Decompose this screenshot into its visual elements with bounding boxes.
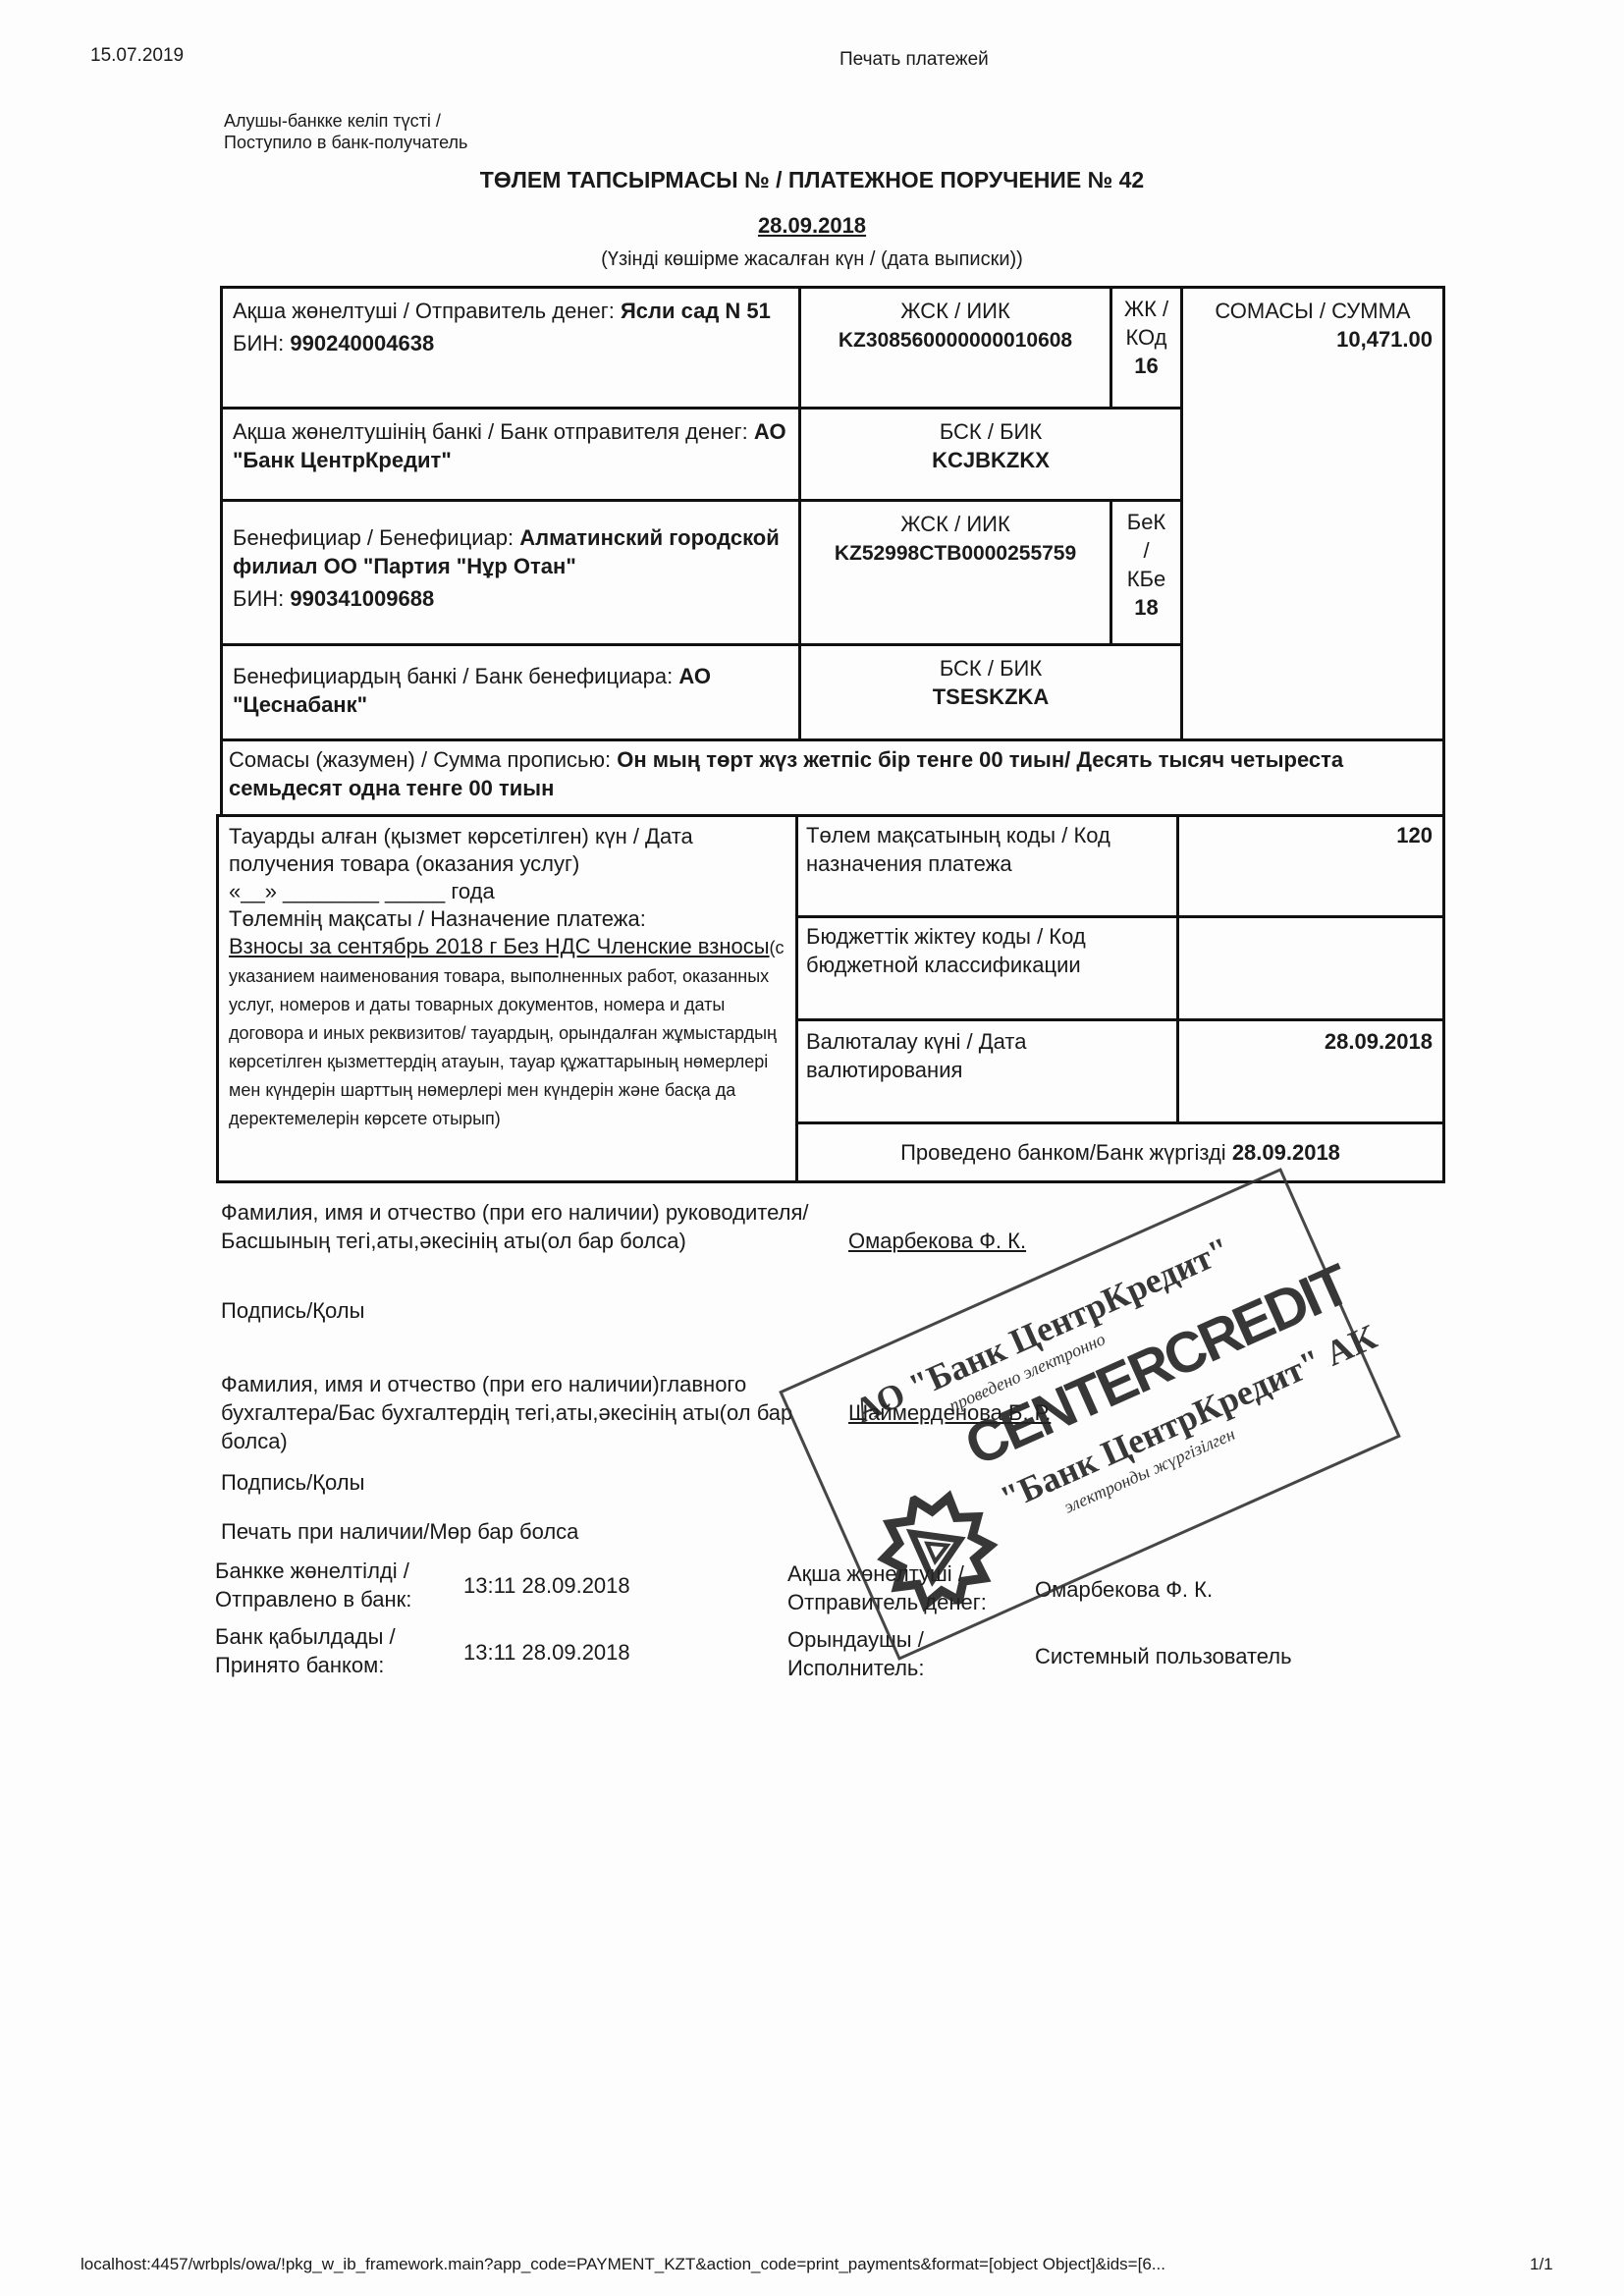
sender-bin: 990240004638 xyxy=(290,331,434,355)
centercredit-logo-icon xyxy=(859,1472,1014,1627)
goods-date-blank: «__» ________ _____ года xyxy=(229,878,785,905)
sender-kod: 16 xyxy=(1134,354,1158,378)
sent-label: Банкке жөнелтілді / Отправлено в банк: xyxy=(215,1557,451,1613)
received-note-ru: Поступило в банк-получатель xyxy=(224,132,467,153)
executor-name: Системный пользователь xyxy=(1035,1642,1292,1670)
head-signature-label: Подпись/Қолы xyxy=(221,1296,364,1325)
purpose-cell: Тауарды алған (қызмет көрсетілген) күн /… xyxy=(216,814,798,1183)
sender-bank-label: Ақша жөнелтушінің банкі / Банк отправите… xyxy=(233,419,748,444)
beneficiary-bank-cell: Бенефициардың банкі / Банк бенефициара: … xyxy=(220,643,801,741)
processed-date: 28.09.2018 xyxy=(1232,1140,1340,1165)
sender-iik-label: ЖСК / ИИК xyxy=(811,297,1100,325)
sender-kod-label-2: КОд xyxy=(1112,323,1180,352)
sender-bin-label: БИН: xyxy=(233,331,284,355)
amount-words-cell: Сомасы (жазумен) / Сумма прописью: Он мы… xyxy=(220,738,1445,817)
footer-url: localhost:4457/wrbpls/owa/!pkg_w_ib_fram… xyxy=(81,2255,1165,2274)
purpose-label: Төлемнің мақсаты / Назначение платежа: xyxy=(229,905,785,933)
beneficiary-bik-cell: БСК / БИК TSESKZKA xyxy=(798,643,1183,741)
beneficiary-cell: Бенефициар / Бенефициар: Алматинский гор… xyxy=(220,499,801,646)
value-date-label-cell: Валюталау күні / Дата валютирования xyxy=(795,1018,1179,1124)
value-date: 28.09.2018 xyxy=(1325,1029,1433,1054)
print-page-title: Печать платежей xyxy=(839,49,989,71)
processed-cell: Проведено банком/Банк жүргізді 28.09.201… xyxy=(795,1121,1445,1183)
budget-code-label: Бюджеттік жіктеу коды / Код бюджетной кл… xyxy=(806,924,1086,977)
purpose-code-label-cell: Төлем мақсатының коды / Код назначения п… xyxy=(795,814,1179,918)
accepted-label: Банк қабылдады / Принято банком: xyxy=(215,1622,451,1679)
sender-iik-cell: ЖСК / ИИК KZ308560000000010608 xyxy=(798,286,1112,410)
document-date: 28.09.2018 xyxy=(0,213,1624,239)
sender-kod-label-1: ЖК / xyxy=(1112,295,1180,323)
value-date-label: Валюталау күні / Дата валютирования xyxy=(806,1029,1026,1082)
sender-iik: KZ308560000000010608 xyxy=(839,329,1072,352)
amount-cell: СОМАСЫ / СУММА 10,471.00 xyxy=(1180,286,1445,741)
beneficiary-kbe: 18 xyxy=(1134,595,1158,620)
processed-label: Проведено банком/Банк жүргізді xyxy=(900,1140,1226,1165)
sender-cell: Ақша жөнелтуші / Отправитель денег: Ясли… xyxy=(220,286,801,410)
amount-words-label: Сомасы (жазумен) / Сумма прописью: xyxy=(229,747,611,772)
beneficiary-kbe-label-1: БеК xyxy=(1112,508,1180,536)
sender-bik: KCJBKZKX xyxy=(932,448,1050,472)
purpose-note: (с указанием наименования товара, выполн… xyxy=(229,938,785,1128)
purpose-code: 120 xyxy=(1396,823,1433,847)
goods-date-label: Тауарды алған (қызмет көрсетілген) күн /… xyxy=(229,823,785,878)
beneficiary-label: Бенефициар / Бенефициар: xyxy=(233,525,514,550)
beneficiary-iik-cell: ЖСК / ИИК KZ52998CTB0000255759 xyxy=(798,499,1112,646)
document-title: ТӨЛЕМ ТАПСЫРМАСЫ № / ПЛАТЕЖНОЕ ПОРУЧЕНИЕ… xyxy=(0,167,1624,193)
head-name: Омарбекова Ф. К. xyxy=(848,1227,1026,1255)
seal-label: Печать при наличии/Мөр бар болса xyxy=(221,1517,578,1546)
beneficiary-iik-label: ЖСК / ИИК xyxy=(811,510,1100,538)
accepted-time: 13:11 28.09.2018 xyxy=(463,1638,630,1667)
document-date-caption: (Үзінді көшірме жасалған күн / (дата вып… xyxy=(0,248,1624,271)
sender-bik-cell: БСК / БИК KCJBKZKX xyxy=(798,407,1183,502)
accountant-label: Фамилия, имя и отчество (при его наличии… xyxy=(221,1370,835,1455)
head-label: Фамилия, имя и отчество (при его наличии… xyxy=(221,1198,835,1255)
beneficiary-iik: KZ52998CTB0000255759 xyxy=(835,542,1076,565)
budget-code-label-cell: Бюджеттік жіктеу коды / Код бюджетной кл… xyxy=(795,915,1179,1021)
purpose-code-cell: 120 xyxy=(1176,814,1445,918)
accountant-signature-label: Подпись/Қолы xyxy=(221,1468,364,1497)
beneficiary-bin-label: БИН: xyxy=(233,586,284,611)
purpose-code-label: Төлем мақсатының коды / Код назначения п… xyxy=(806,823,1110,876)
beneficiary-bank-label: Бенефициардың банкі / Банк бенефициара: xyxy=(233,664,673,688)
sender-name: Ясли сад N 51 xyxy=(621,299,771,323)
sender-label: Ақша жөнелтуші / Отправитель денег: xyxy=(233,299,615,323)
sent-time: 13:11 28.09.2018 xyxy=(463,1571,630,1600)
sender-bik-label: БСК / БИК xyxy=(811,417,1170,446)
budget-code-cell xyxy=(1176,915,1445,1021)
beneficiary-kbe-label-2: / xyxy=(1112,536,1180,565)
sender-bank-cell: Ақша жөнелтушінің банкі / Банк отправите… xyxy=(220,407,801,502)
beneficiary-kbe-cell: БеК / КБе 18 xyxy=(1110,499,1183,646)
page-number: 1/1 xyxy=(1530,2255,1553,2274)
beneficiary-bin: 990341009688 xyxy=(290,586,434,611)
amount-value: 10,471.00 xyxy=(1336,327,1433,352)
value-date-cell: 28.09.2018 xyxy=(1176,1018,1445,1124)
purpose-value: Взносы за сентябрь 2018 г Без НДС Членск… xyxy=(229,934,770,958)
print-date: 15.07.2019 xyxy=(90,45,184,67)
sender-kod-cell: ЖК / КОд 16 xyxy=(1110,286,1183,410)
beneficiary-bik: TSESKZKA xyxy=(933,684,1050,709)
beneficiary-kbe-label-3: КБе xyxy=(1112,565,1180,593)
received-note-kz: Алушы-банкке келіп түсті / xyxy=(224,110,467,132)
beneficiary-bik-label: БСК / БИК xyxy=(811,654,1170,683)
received-note: Алушы-банкке келіп түсті / Поступило в б… xyxy=(224,110,467,153)
amount-label: СОМАСЫ / СУММА xyxy=(1193,297,1433,325)
